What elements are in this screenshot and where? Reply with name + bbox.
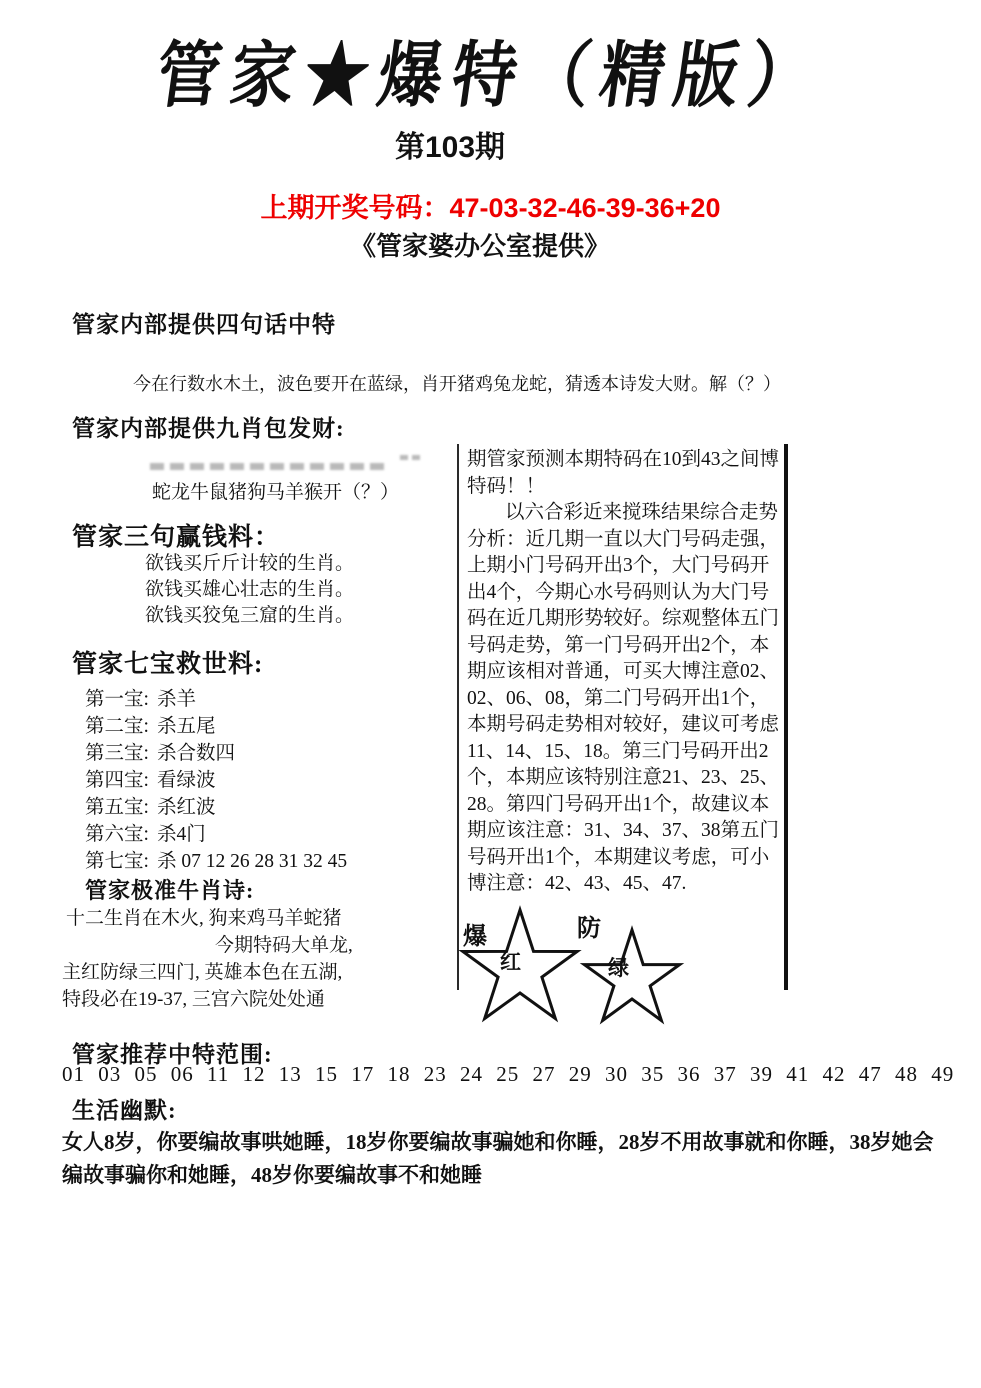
section-heading-nine-zodiac: 管家内部提供九肖包发财: (72, 410, 345, 443)
treasure-value: 杀 07 12 26 28 31 32 45 (157, 851, 347, 872)
page-title: 管家★爆特（精版） (0, 18, 981, 121)
analysis-line: 02、06、08，第二门号码开出1个， (467, 686, 778, 713)
treasure-label: 第一宝: (85, 686, 157, 713)
ox-poem-line: 特段必在19-37, 三宫六院处处通 (62, 984, 325, 1011)
tip-sheet-page: 管家★爆特（精版） 第103期 上期开奖号码：47-03-32-46-39-36… (0, 0, 981, 1388)
treasure-row: 第四宝:看绿波 (85, 767, 347, 794)
analysis-line: 个，本期应该特别注意21、23、25、 (467, 765, 778, 792)
analysis-line: 期应该注意：31、34、37、38第五门 (467, 818, 778, 845)
last-draw-numbers: 上期开奖号码：47-03-32-46-39-36+20 (0, 186, 981, 225)
treasure-row: 第五宝:杀红波 (85, 794, 347, 821)
analysis-line: 28。第四门号码开出1个，故建议本 (467, 792, 778, 819)
treasure-label: 第四宝: (85, 767, 157, 794)
analysis-line: 期管家预测本期特码在10到43之间博 (467, 447, 778, 474)
section-heading-ox-poem: 管家极准牛肖诗: (85, 874, 254, 905)
analysis-line: 以六合彩近来搅珠结果综合走势 (467, 500, 778, 527)
treasure-label: 第二宝: (85, 713, 157, 740)
treasure-label: 第七宝: (85, 848, 157, 875)
money-line: 欲钱买雄心壮志的生肖。 (145, 577, 354, 603)
star-label-red: 红 (500, 946, 521, 976)
analysis-line: 期应该相对普通，可买大博注意02、 (467, 659, 778, 686)
provider-line: 《管家婆办公室提供》 (0, 226, 960, 263)
analysis-line: 特码！！ (467, 474, 778, 501)
treasure-row: 第一宝:杀羊 (85, 686, 347, 713)
stars-graphic (450, 902, 700, 1032)
issue-number: 第103期 (0, 122, 900, 166)
treasure-label: 第三宝: (85, 740, 157, 767)
star-label-guard: 防 (577, 908, 601, 943)
four-sentence-poem: 今在行数水木土，波色要开在蓝绿，肖开猪鸡兔龙蛇，猜透本诗发大财。解（？） (133, 370, 781, 396)
analysis-line: 上期小门号码开出3个，大门号码开 (467, 553, 778, 580)
treasure-row: 第七宝:杀 07 12 26 28 31 32 45 (85, 848, 347, 875)
treasure-value: 杀羊 (157, 689, 196, 710)
seven-treasures-list: 第一宝:杀羊 第二宝:杀五尾 第三宝:杀合数四 第四宝:看绿波 第五宝:杀红波 … (85, 686, 347, 875)
analysis-line: 码在近几期形势较好。综观整体五门 (467, 606, 778, 633)
ox-poem-line: 十二生肖在木火, 狗来鸡马羊蛇猪 (66, 903, 342, 930)
treasure-label: 第六宝: (85, 821, 157, 848)
green-star-icon (584, 930, 679, 1021)
analysis-line: 出4个，今期心水号码则认为大门号 (467, 580, 778, 607)
treasure-value: 看绿波 (157, 770, 216, 791)
money-line: 欲钱买狡兔三窟的生肖。 (145, 603, 354, 629)
three-money-lines: 欲钱买斤斤计较的生肖。 欲钱买雄心壮志的生肖。 欲钱买狡兔三窟的生肖。 (145, 551, 354, 629)
nine-zodiac-line: 蛇龙牛鼠猪狗马羊猴开（？） (152, 477, 399, 504)
analysis-line: 博注意：42、43、45、47. (467, 871, 778, 898)
section-heading-humor: 生活幽默: (72, 1092, 177, 1125)
treasure-label: 第五宝: (85, 794, 157, 821)
section-heading-seven-treasures: 管家七宝救世料: (72, 644, 263, 680)
section-heading-four-sentence: 管家内部提供四句话中特 (72, 306, 336, 339)
ox-poem-line: 主红防绿三四门, 英雄本色在五湖, (62, 957, 342, 984)
section-heading-three-money: 管家三句赢钱料： (72, 517, 280, 553)
treasure-value: 杀合数四 (157, 743, 235, 764)
scan-smudge-mark (400, 455, 422, 460)
treasure-row: 第六宝:杀4门 (85, 821, 347, 848)
analysis-line: 分析：近几期一直以大门号码走强， (467, 527, 778, 554)
treasure-value: 杀4门 (157, 824, 206, 845)
analysis-line: 号码开出1个，本期建议考虑，可小 (467, 845, 778, 872)
recommend-range-numbers: 01 03 05 06 11 12 13 15 17 18 23 24 25 2… (62, 1062, 954, 1087)
analysis-line: 11、14、15、18。第三门号码开出2 (467, 739, 778, 766)
treasure-value: 杀五尾 (157, 716, 216, 737)
redacted-smudge-line (150, 463, 390, 470)
ox-poem-line: 今期特码大单龙, (215, 930, 353, 957)
star-label-explode: 爆 (463, 916, 487, 951)
humor-text: 女人8岁，你要编故事哄她睡，18岁你要编故事骗她和你睡，28岁不用故事就和你睡，… (62, 1126, 952, 1192)
treasure-row: 第二宝:杀五尾 (85, 713, 347, 740)
treasure-value: 杀红波 (157, 797, 216, 818)
analysis-line: 号码走势，第一门号码开出2个，本 (467, 633, 778, 660)
treasure-row: 第三宝:杀合数四 (85, 740, 347, 767)
analysis-line: 本期号码走势相对较好，建议可考虑 (467, 712, 778, 739)
money-line: 欲钱买斤斤计较的生肖。 (145, 551, 354, 577)
star-label-green: 绿 (608, 952, 629, 982)
